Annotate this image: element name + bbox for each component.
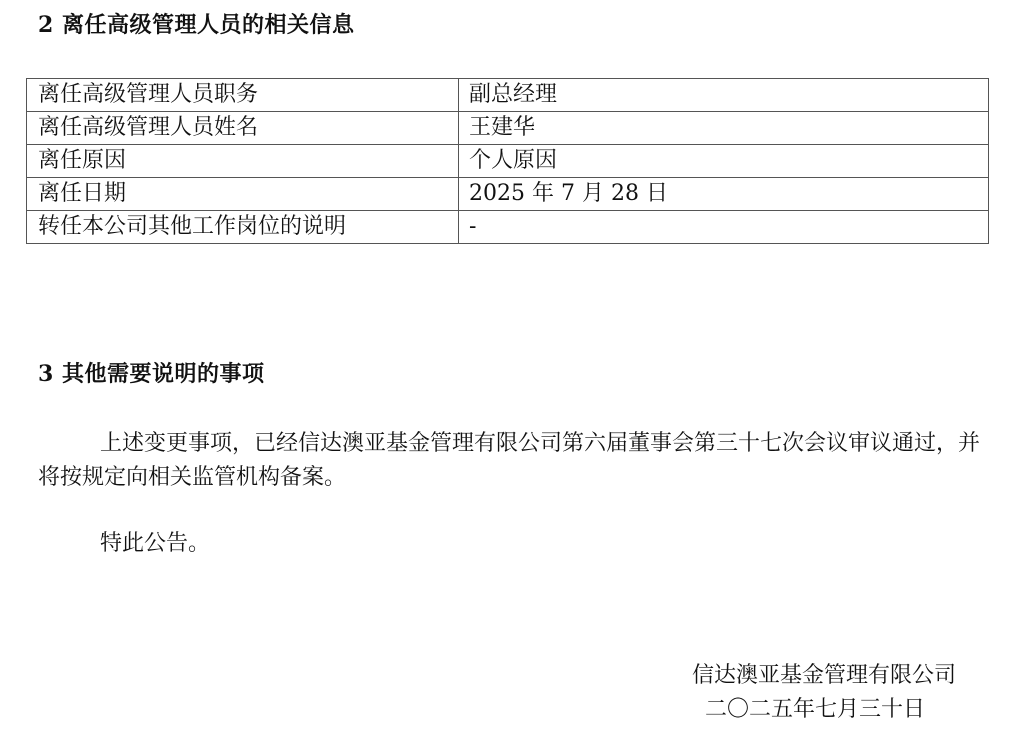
row-value: 个人原因 [459,145,989,178]
signature-company: 信达澳亚基金管理有限公司 [692,658,956,689]
row-label: 离任日期 [27,178,459,211]
table-row: 离任日期 2025 年 7 月 28 日 [27,178,989,211]
row-label: 离任高级管理人员姓名 [27,112,459,145]
closing-paragraph: 特此公告。 [38,527,998,561]
table-row: 离任原因 个人原因 [27,145,989,178]
table-row: 离任高级管理人员职务 副总经理 [27,79,989,112]
row-value: 王建华 [459,112,989,145]
approval-paragraph: 上述变更事项，已经信达澳亚基金管理有限公司第六届董事会第三十七次会议审议通过，并… [38,427,998,495]
signature-date: 二〇二五年七月三十日 [705,692,925,723]
row-value: - [459,211,989,244]
row-label: 转任本公司其他工作岗位的说明 [27,211,459,244]
departing-executive-info-table: 离任高级管理人员职务 副总经理 离任高级管理人员姓名 王建华 离任原因 个人原因… [26,78,989,244]
row-value: 2025 年 7 月 28 日 [459,178,989,211]
row-value: 副总经理 [459,79,989,112]
section-3-heading: 3 其他需要说明的事项 [38,357,264,388]
row-label: 离任高级管理人员职务 [27,79,459,112]
section-2-heading: 2 离任高级管理人员的相关信息 [38,8,354,39]
row-label: 离任原因 [27,145,459,178]
table-row: 离任高级管理人员姓名 王建华 [27,112,989,145]
table-row: 转任本公司其他工作岗位的说明 - [27,211,989,244]
